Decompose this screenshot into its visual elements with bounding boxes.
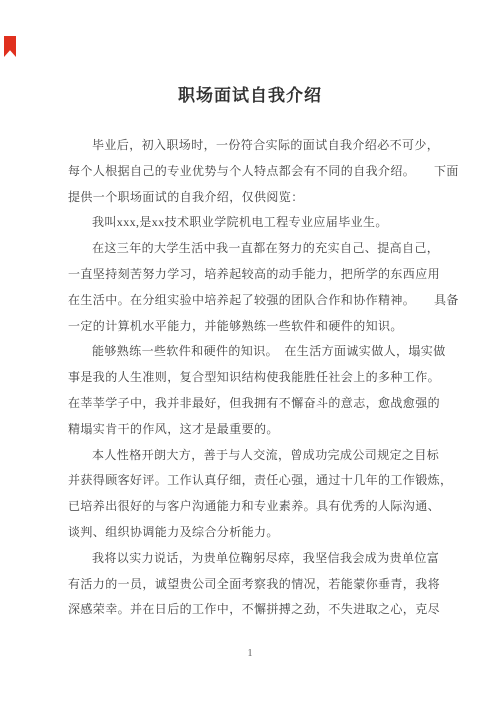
- body-line: 在生活中。在分组实验中培养起了较强的团队合作和协作精神。 具备: [68, 288, 440, 314]
- body-line: 谈判、组织协调能力及综合分析能力。: [68, 520, 440, 546]
- body-line: 每个人根据自己的专业优势与个人特点都会有不同的自我介绍。 下面: [68, 159, 440, 185]
- body-line: 深感荣幸。并在日后的工作中，不懈拼搏之劲，不失进取之心，克尽: [68, 597, 440, 623]
- body-line: 事是我的人生准则，复合型知识结构使我能胜任社会上的多种工作。: [68, 365, 440, 391]
- body-line: 一定的计算机水平能力，并能够熟练一些软件和硬件的知识。: [68, 314, 440, 340]
- body-line: 已培养出很好的与客户沟通能力和专业素养。具有优秀的人际沟通、: [68, 494, 440, 520]
- body-line: 我将以实力说话，为贵单位鞠躬尽瘁，我坚信我会成为贵单位富: [68, 546, 440, 572]
- body-line: 在莘莘学子中，我并非最好，但我拥有不懈奋斗的意志，愈战愈强的: [68, 391, 440, 417]
- body-line: 精塌实肯干的作风，这才是最重要的。: [68, 417, 440, 443]
- body-line: 在这三年的大学生活中我一直都在努力的充实自己、提高自己，: [68, 236, 440, 262]
- body-line: 并获得顾客好评。工作认真仔细，责任心强，通过十几年的工作锻炼，: [68, 468, 440, 494]
- document-page: 职场面试自我介绍 毕业后，初入职场时，一份符合实际的面试自我介绍必不可少，每个人…: [0, 0, 500, 708]
- page-number: 1: [0, 648, 500, 659]
- document-body: 毕业后，初入职场时，一份符合实际的面试自我介绍必不可少，每个人根据自己的专业优势…: [68, 133, 440, 623]
- body-line: 提供一个职场面试的自我介绍，仅供阅览：: [68, 185, 440, 211]
- body-line: 有活力的一员，诚望贵公司全面考察我的情况，若能蒙你垂青，我将: [68, 572, 440, 598]
- body-line: 能够熟练一些软件和硬件的知识。 在生活方面诚实做人，塌实做: [68, 339, 440, 365]
- body-line: 我叫xxx,是xx技术职业学院机电工程专业应届毕业生。: [68, 210, 440, 236]
- body-line: 本人性格开朗大方，善于与人交流，曾成功完成公司规定之目标: [68, 443, 440, 469]
- document-title: 职场面试自我介绍: [0, 81, 500, 106]
- red-bookmark-icon: [4, 36, 16, 57]
- body-line: 毕业后，初入职场时，一份符合实际的面试自我介绍必不可少，: [68, 133, 440, 159]
- body-line: 一直坚持刻苦努力学习，培养起较高的动手能力，把所学的东西应用: [68, 262, 440, 288]
